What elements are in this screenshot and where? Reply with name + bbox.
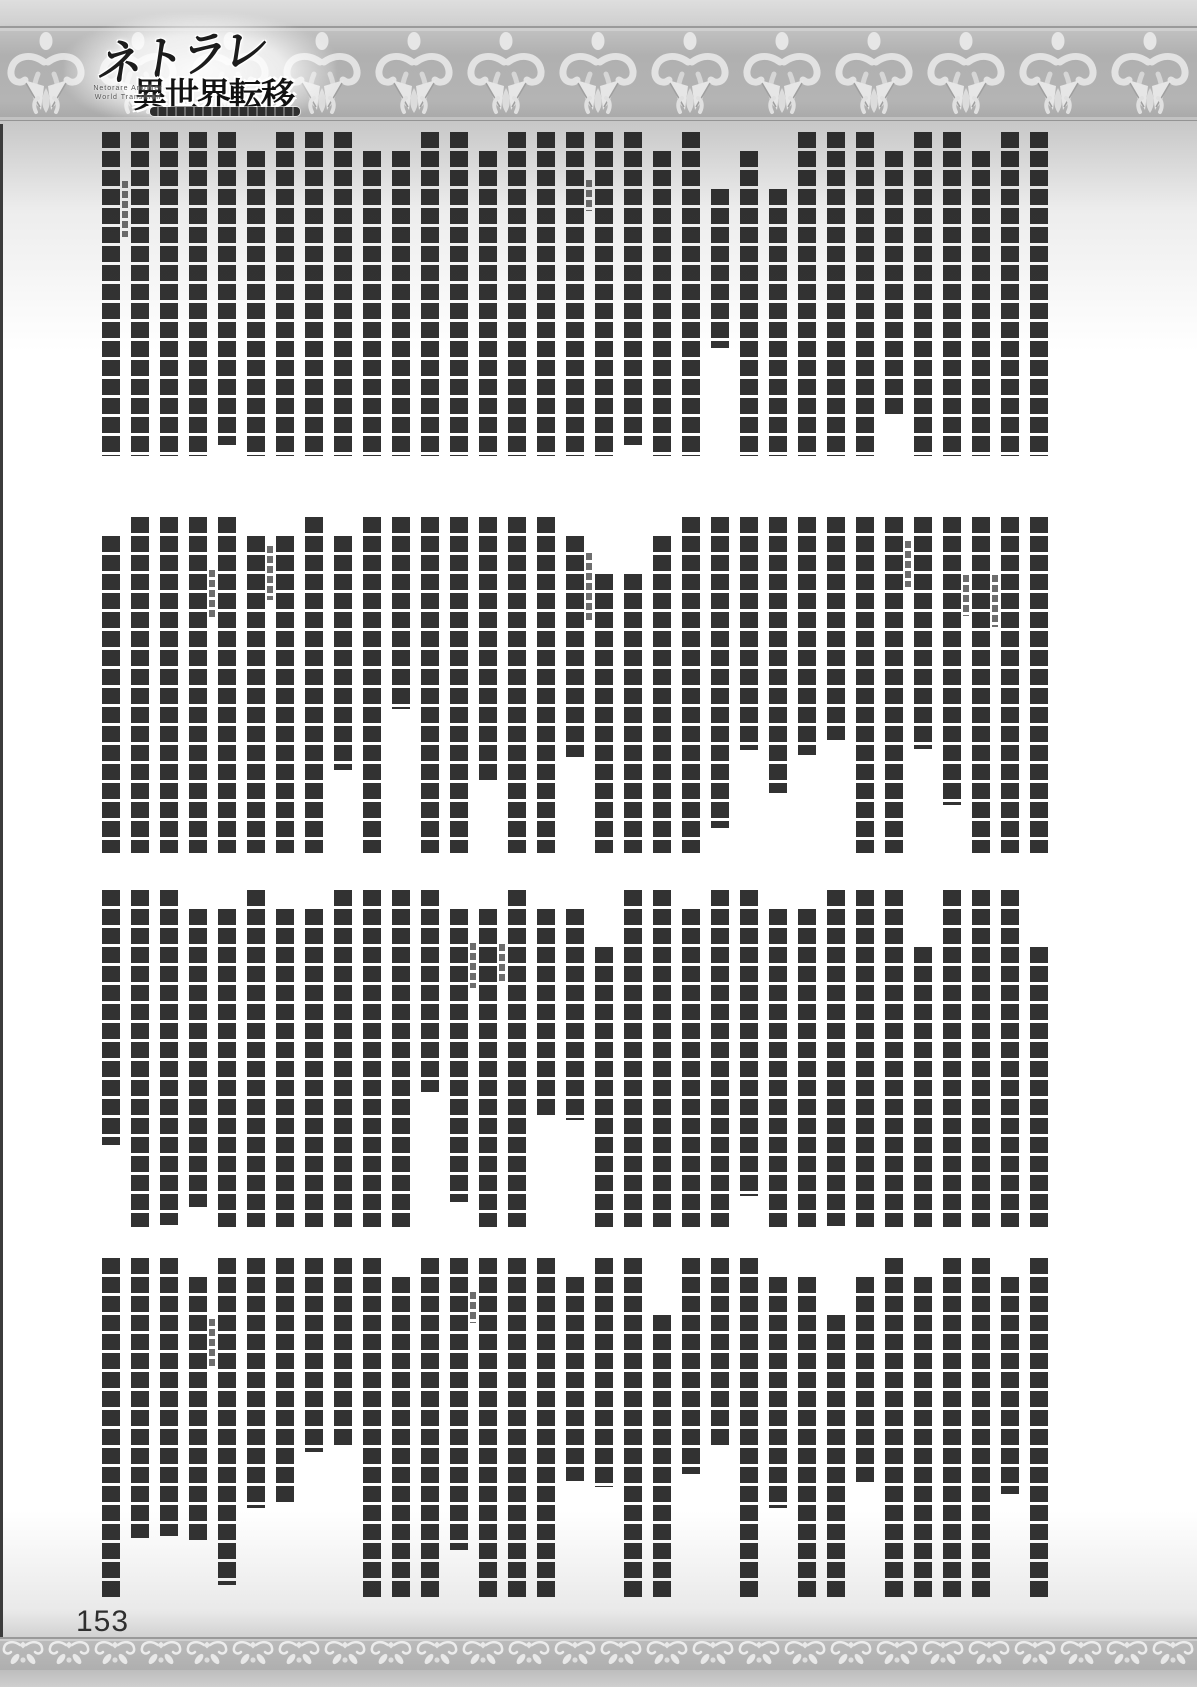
text-column bbox=[1001, 517, 1019, 853]
scroll-ornament-icon bbox=[460, 1639, 506, 1668]
text-column bbox=[885, 517, 903, 853]
redacted-text-run bbox=[856, 890, 874, 1227]
text-column bbox=[827, 1258, 845, 1600]
text-column bbox=[798, 132, 816, 456]
redacted-text-run bbox=[769, 189, 787, 456]
redacted-text-run bbox=[624, 132, 642, 445]
text-column bbox=[479, 1258, 497, 1600]
redacted-text-run bbox=[972, 1258, 990, 1600]
redacted-text-run bbox=[421, 132, 439, 456]
redacted-text-run bbox=[479, 1258, 497, 1600]
text-column bbox=[798, 890, 816, 1227]
text-column bbox=[856, 132, 874, 456]
scroll-ornament-icon bbox=[828, 1639, 874, 1668]
furigana-strip bbox=[470, 943, 476, 988]
text-column bbox=[421, 890, 439, 1227]
text-column bbox=[740, 890, 758, 1227]
text-column bbox=[595, 132, 613, 456]
redacted-text-run bbox=[798, 1277, 816, 1600]
text-column bbox=[189, 517, 207, 853]
text-column bbox=[914, 1258, 932, 1600]
scroll-ornament-icon bbox=[874, 1639, 920, 1668]
redacted-text-run bbox=[160, 517, 178, 853]
palmette-ornament-icon bbox=[552, 28, 644, 115]
text-column bbox=[450, 1258, 468, 1600]
redacted-text-run bbox=[537, 1258, 555, 1600]
text-column bbox=[624, 132, 642, 456]
page-number: 153 bbox=[76, 1605, 129, 1639]
text-column bbox=[624, 890, 642, 1227]
furigana-strip bbox=[209, 570, 215, 620]
series-logo: ネトラレ 異世界転移 Netorare Another World Transi… bbox=[55, 6, 345, 124]
text-column bbox=[131, 1258, 149, 1600]
text-column bbox=[450, 890, 468, 1227]
text-column bbox=[479, 132, 497, 456]
redacted-text-run bbox=[653, 151, 671, 456]
redacted-text-run bbox=[740, 517, 758, 750]
text-column bbox=[102, 517, 120, 853]
scroll-ornament-icon bbox=[506, 1639, 552, 1668]
text-column bbox=[798, 517, 816, 853]
redacted-text-run bbox=[392, 890, 410, 1227]
text-column bbox=[276, 890, 294, 1227]
text-column bbox=[421, 517, 439, 853]
scroll-ornament-icon bbox=[322, 1639, 368, 1668]
redacted-text-run bbox=[624, 574, 642, 853]
redacted-text-run bbox=[682, 909, 700, 1227]
text-column bbox=[624, 517, 642, 853]
redacted-text-run bbox=[914, 132, 932, 456]
text-column bbox=[102, 132, 120, 456]
redacted-text-run bbox=[508, 517, 526, 853]
text-block-2 bbox=[80, 517, 1048, 853]
redacted-text-run bbox=[102, 890, 120, 1145]
redacted-text-run bbox=[769, 1277, 787, 1508]
redacted-text-run bbox=[1030, 1258, 1048, 1600]
text-column bbox=[1030, 132, 1048, 456]
redacted-text-run bbox=[653, 890, 671, 1227]
redacted-text-run bbox=[276, 536, 294, 853]
text-column bbox=[653, 132, 671, 456]
scroll-ornament-icon bbox=[736, 1639, 782, 1668]
scroll-ornament-icon bbox=[966, 1639, 1012, 1668]
redacted-text-run bbox=[682, 517, 700, 853]
scroll-ornament-icon bbox=[644, 1639, 690, 1668]
redacted-text-run bbox=[914, 947, 932, 1227]
redacted-text-run bbox=[856, 132, 874, 456]
text-column bbox=[276, 517, 294, 853]
logo-english-subtitle: Netorare Another World Transition bbox=[83, 84, 173, 102]
redacted-text-run bbox=[189, 517, 207, 853]
novel-page: ネトラレ 異世界転移 Netorare Another World Transi… bbox=[0, 0, 1197, 1687]
redacted-text-run bbox=[305, 132, 323, 456]
redacted-text-run bbox=[885, 517, 903, 853]
text-column bbox=[972, 1258, 990, 1600]
redacted-text-run bbox=[711, 517, 729, 828]
text-column bbox=[1001, 1258, 1019, 1600]
text-column bbox=[1001, 132, 1019, 456]
redacted-text-run bbox=[740, 151, 758, 456]
redacted-text-run bbox=[537, 909, 555, 1118]
text-column bbox=[508, 517, 526, 853]
redacted-text-run bbox=[102, 1258, 120, 1600]
text-column bbox=[682, 1258, 700, 1600]
redacted-text-run bbox=[914, 517, 932, 749]
text-column bbox=[711, 1258, 729, 1600]
redacted-text-run bbox=[827, 890, 845, 1226]
text-column bbox=[102, 1258, 120, 1600]
redacted-text-run bbox=[827, 1315, 845, 1600]
redacted-text-run bbox=[798, 517, 816, 755]
scroll-ornament-icon bbox=[1012, 1639, 1058, 1668]
redacted-text-run bbox=[1001, 1277, 1019, 1494]
text-column bbox=[334, 890, 352, 1227]
redacted-text-run bbox=[334, 1258, 352, 1448]
redacted-text-run bbox=[508, 132, 526, 456]
scroll-ornament-icon bbox=[276, 1639, 322, 1668]
redacted-text-run bbox=[827, 132, 845, 456]
redacted-text-run bbox=[798, 909, 816, 1227]
palmette-ornament-icon bbox=[1012, 28, 1104, 115]
redacted-text-run bbox=[276, 132, 294, 456]
text-column bbox=[914, 517, 932, 853]
text-column bbox=[566, 517, 584, 853]
redacted-text-run bbox=[479, 909, 497, 1227]
text-column bbox=[363, 890, 381, 1227]
text-column bbox=[711, 132, 729, 456]
redacted-text-run bbox=[392, 1277, 410, 1600]
furigana-strip bbox=[992, 575, 998, 627]
text-column bbox=[305, 132, 323, 456]
scroll-ornament-icon bbox=[230, 1639, 276, 1668]
redacted-text-run bbox=[972, 517, 990, 853]
redacted-text-run bbox=[305, 909, 323, 1227]
text-column bbox=[218, 890, 236, 1227]
redacted-text-run bbox=[566, 132, 584, 456]
scroll-ornament-icon bbox=[598, 1639, 644, 1668]
text-column bbox=[769, 132, 787, 456]
text-column bbox=[276, 132, 294, 456]
text-column bbox=[189, 132, 207, 456]
scroll-ornament-icon bbox=[138, 1639, 184, 1668]
scroll-ornament-icon bbox=[0, 1639, 46, 1668]
redacted-text-run bbox=[566, 1277, 584, 1481]
redacted-text-run bbox=[363, 517, 381, 853]
redacted-text-run bbox=[740, 890, 758, 1196]
redacted-text-run bbox=[1001, 517, 1019, 853]
redacted-text-run bbox=[189, 909, 207, 1207]
text-column bbox=[479, 890, 497, 1227]
scroll-ornament-icon bbox=[690, 1639, 736, 1668]
text-column bbox=[392, 517, 410, 853]
furigana-strip bbox=[905, 541, 911, 587]
text-column bbox=[421, 1258, 439, 1600]
redacted-text-run bbox=[276, 909, 294, 1227]
text-column bbox=[740, 517, 758, 853]
text-column bbox=[914, 890, 932, 1227]
text-column bbox=[1030, 890, 1048, 1227]
text-column bbox=[102, 890, 120, 1227]
palmette-ornament-icon bbox=[828, 28, 920, 115]
text-column bbox=[885, 132, 903, 456]
redacted-text-run bbox=[769, 909, 787, 1227]
text-column bbox=[334, 132, 352, 456]
text-column bbox=[682, 517, 700, 853]
text-column bbox=[827, 890, 845, 1227]
text-column bbox=[827, 132, 845, 456]
redacted-text-run bbox=[711, 189, 729, 348]
text-column bbox=[537, 132, 555, 456]
text-column bbox=[392, 1258, 410, 1600]
redacted-text-run bbox=[711, 1258, 729, 1448]
redacted-text-run bbox=[943, 1258, 961, 1600]
redacted-text-run bbox=[421, 1258, 439, 1600]
text-column bbox=[537, 1258, 555, 1600]
text-column bbox=[218, 517, 236, 853]
redacted-text-run bbox=[740, 1258, 758, 1600]
furigana-strip bbox=[499, 944, 505, 983]
redacted-text-run bbox=[508, 890, 526, 1227]
text-column bbox=[189, 1258, 207, 1600]
text-column bbox=[682, 890, 700, 1227]
redacted-text-run bbox=[595, 132, 613, 456]
text-column bbox=[450, 517, 468, 853]
scroll-ornament-icon bbox=[1150, 1639, 1196, 1668]
text-column bbox=[653, 1258, 671, 1600]
text-column bbox=[624, 1258, 642, 1600]
furigana-strip bbox=[586, 180, 592, 211]
redacted-text-run bbox=[189, 1277, 207, 1540]
text-column bbox=[247, 890, 265, 1227]
text-column bbox=[450, 132, 468, 456]
furigana-strip bbox=[586, 553, 592, 620]
text-column bbox=[537, 890, 555, 1227]
text-column bbox=[653, 890, 671, 1227]
text-column bbox=[740, 132, 758, 456]
redacted-text-run bbox=[102, 132, 120, 456]
redacted-text-run bbox=[450, 909, 468, 1202]
text-column bbox=[1030, 517, 1048, 853]
text-column bbox=[508, 132, 526, 456]
scroll-ornament-icon bbox=[92, 1639, 138, 1668]
redacted-text-run bbox=[827, 517, 845, 740]
text-column bbox=[566, 132, 584, 456]
text-column bbox=[972, 132, 990, 456]
redacted-text-run bbox=[334, 132, 352, 456]
text-column bbox=[508, 890, 526, 1227]
text-column bbox=[595, 890, 613, 1227]
text-column bbox=[392, 890, 410, 1227]
redacted-text-run bbox=[1030, 947, 1048, 1227]
redacted-text-run bbox=[1001, 132, 1019, 456]
redacted-text-run bbox=[653, 536, 671, 853]
redacted-text-run bbox=[334, 890, 352, 1227]
redacted-text-run bbox=[131, 517, 149, 853]
redacted-text-run bbox=[595, 947, 613, 1227]
redacted-text-run bbox=[1001, 890, 1019, 1227]
redacted-text-run bbox=[450, 1258, 468, 1550]
text-column bbox=[856, 890, 874, 1227]
palmette-ornament-icon bbox=[1104, 28, 1196, 115]
palmette-ornament-icon bbox=[460, 28, 552, 115]
text-column bbox=[769, 517, 787, 853]
text-column bbox=[653, 517, 671, 853]
text-column bbox=[305, 517, 323, 853]
redacted-text-run bbox=[247, 151, 265, 456]
text-column bbox=[392, 132, 410, 456]
text-column bbox=[421, 132, 439, 456]
text-column bbox=[479, 517, 497, 853]
furigana-strip bbox=[963, 575, 969, 616]
redacted-text-run bbox=[160, 890, 178, 1225]
text-column bbox=[856, 1258, 874, 1600]
redacted-text-run bbox=[479, 517, 497, 782]
redacted-text-run bbox=[276, 1258, 294, 1505]
redacted-text-run bbox=[421, 517, 439, 853]
redacted-text-run bbox=[131, 890, 149, 1227]
text-column bbox=[247, 1258, 265, 1600]
text-block-1 bbox=[80, 132, 1048, 456]
text-column bbox=[856, 517, 874, 853]
text-column bbox=[160, 890, 178, 1227]
redacted-text-run bbox=[247, 1258, 265, 1508]
redacted-text-run bbox=[450, 517, 468, 853]
scroll-ornament-icon bbox=[184, 1639, 230, 1668]
text-column bbox=[160, 1258, 178, 1600]
text-column bbox=[943, 1258, 961, 1600]
text-column bbox=[1030, 1258, 1048, 1600]
redacted-text-run bbox=[363, 151, 381, 456]
redacted-text-run bbox=[682, 132, 700, 456]
redacted-text-run bbox=[247, 536, 265, 853]
redacted-text-run bbox=[131, 1258, 149, 1538]
logo-tagline-banner bbox=[150, 107, 300, 116]
text-column bbox=[769, 1258, 787, 1600]
text-column bbox=[537, 517, 555, 853]
text-column bbox=[885, 890, 903, 1227]
redacted-text-run bbox=[885, 890, 903, 1227]
redacted-text-run bbox=[218, 909, 236, 1227]
text-column bbox=[885, 1258, 903, 1600]
furigana-strip bbox=[470, 1292, 476, 1323]
redacted-text-run bbox=[943, 890, 961, 1227]
redacted-text-run bbox=[1030, 132, 1048, 456]
redacted-text-run bbox=[189, 132, 207, 456]
text-column bbox=[131, 890, 149, 1227]
scroll-ornament-icon bbox=[414, 1639, 460, 1668]
text-column bbox=[943, 132, 961, 456]
redacted-text-run bbox=[624, 890, 642, 1227]
redacted-text-run bbox=[856, 1277, 874, 1482]
text-column bbox=[189, 890, 207, 1227]
text-column bbox=[972, 890, 990, 1227]
redacted-text-run bbox=[885, 1258, 903, 1600]
palmette-ornament-icon bbox=[920, 28, 1012, 115]
redacted-text-run bbox=[160, 132, 178, 456]
bottom-ornamental-border bbox=[0, 1637, 1197, 1674]
text-column bbox=[305, 1258, 323, 1600]
redacted-text-run bbox=[421, 890, 439, 1092]
redacted-text-run bbox=[972, 151, 990, 456]
redacted-text-run bbox=[537, 517, 555, 853]
text-column bbox=[711, 890, 729, 1227]
text-column bbox=[595, 517, 613, 853]
scroll-ornament-icon bbox=[782, 1639, 828, 1668]
text-column bbox=[769, 890, 787, 1227]
redacted-text-run bbox=[566, 909, 584, 1120]
palmette-ornament-icon bbox=[644, 28, 736, 115]
bottom-margin bbox=[0, 1670, 1197, 1687]
text-column bbox=[363, 517, 381, 853]
scroll-ornament-icon bbox=[46, 1639, 92, 1668]
redacted-text-run bbox=[769, 517, 787, 793]
redacted-text-run bbox=[624, 1258, 642, 1600]
text-column bbox=[682, 132, 700, 456]
scroll-ornament-icon bbox=[920, 1639, 966, 1668]
redacted-text-run bbox=[682, 1258, 700, 1474]
redacted-text-run bbox=[537, 132, 555, 456]
redacted-text-run bbox=[653, 1315, 671, 1600]
redacted-text-run bbox=[334, 536, 352, 770]
redacted-text-run bbox=[566, 536, 584, 757]
text-column bbox=[508, 1258, 526, 1600]
text-column bbox=[334, 1258, 352, 1600]
palmette-ornament-icon bbox=[368, 28, 460, 115]
palmette-ornament-icon bbox=[736, 28, 828, 115]
text-column bbox=[247, 517, 265, 853]
redacted-text-run bbox=[305, 517, 323, 853]
scroll-ornament-icon bbox=[552, 1639, 598, 1668]
redacted-text-run bbox=[943, 517, 961, 805]
text-column bbox=[247, 132, 265, 456]
text-column bbox=[595, 1258, 613, 1600]
text-column bbox=[305, 890, 323, 1227]
redacted-text-run bbox=[131, 132, 149, 456]
redacted-text-run bbox=[914, 1277, 932, 1600]
text-column bbox=[363, 1258, 381, 1600]
redacted-text-run bbox=[508, 1258, 526, 1600]
text-column bbox=[566, 1258, 584, 1600]
scan-edge-line bbox=[0, 124, 3, 1677]
redacted-text-run bbox=[160, 1258, 178, 1536]
furigana-strip bbox=[209, 1319, 215, 1369]
redacted-text-run bbox=[595, 574, 613, 853]
redacted-text-run bbox=[479, 151, 497, 456]
redacted-text-run bbox=[218, 517, 236, 853]
furigana-strip bbox=[267, 546, 273, 600]
text-column bbox=[160, 517, 178, 853]
text-column bbox=[276, 1258, 294, 1600]
redacted-text-run bbox=[363, 1258, 381, 1600]
furigana-strip bbox=[122, 181, 128, 237]
text-column bbox=[218, 1258, 236, 1600]
text-column bbox=[131, 132, 149, 456]
redacted-text-run bbox=[218, 1258, 236, 1585]
redacted-text-run bbox=[885, 151, 903, 416]
redacted-text-run bbox=[450, 132, 468, 456]
redacted-text-run bbox=[247, 890, 265, 1227]
text-column bbox=[827, 517, 845, 853]
text-column bbox=[363, 132, 381, 456]
redacted-text-run bbox=[943, 132, 961, 456]
redacted-text-run bbox=[1030, 517, 1048, 853]
text-column bbox=[131, 517, 149, 853]
text-column bbox=[943, 517, 961, 853]
text-block-3 bbox=[80, 890, 1048, 1227]
redacted-text-run bbox=[711, 890, 729, 1227]
redacted-text-run bbox=[363, 890, 381, 1227]
redacted-text-run bbox=[392, 517, 410, 709]
